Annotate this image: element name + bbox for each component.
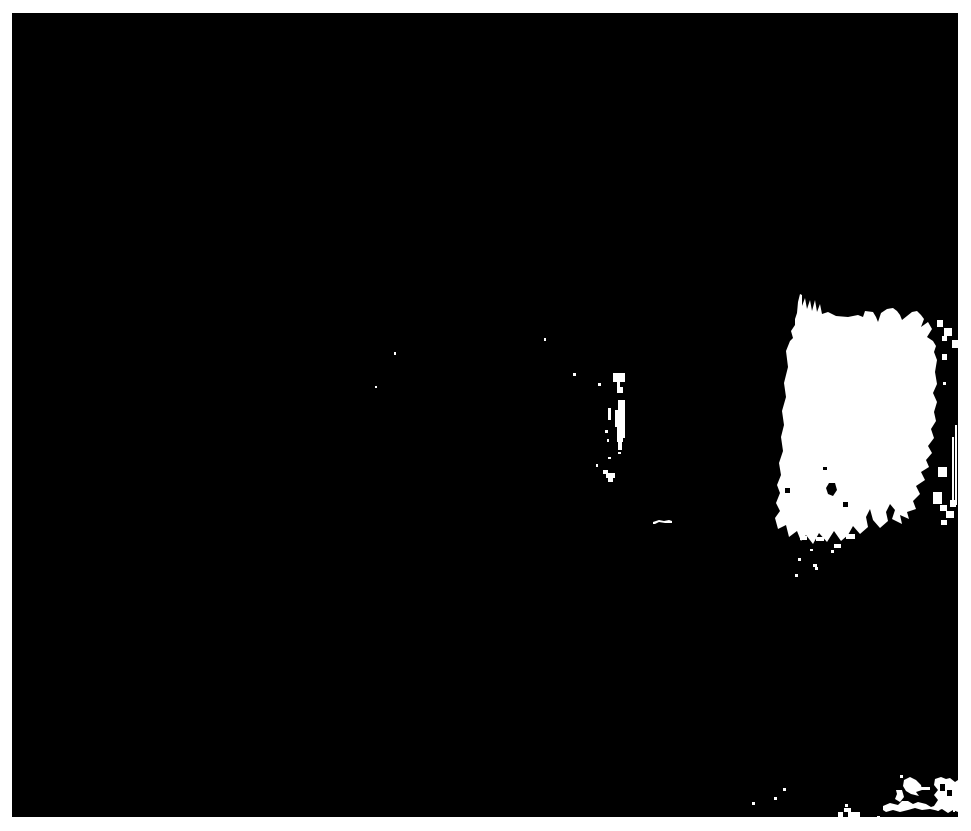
- strip-dot-2: [607, 439, 609, 442]
- corner-left-piece-3: [877, 816, 880, 818]
- fringe-blob-4: [846, 534, 855, 539]
- corner-vline: [953, 788, 955, 812]
- speck-center-2: [375, 386, 377, 388]
- corner-cluster-hole-1: [940, 784, 945, 791]
- right-satellite-10: [946, 511, 954, 518]
- fringe-blob-3: [834, 544, 841, 548]
- bright-region-hole-3: [843, 502, 848, 507]
- strip-dot-5: [596, 464, 598, 467]
- right-satellite-5: [942, 354, 947, 360]
- right-vline-2: [955, 425, 957, 505]
- corner-dot-3: [774, 797, 777, 800]
- strip-dot-3: [618, 452, 621, 454]
- fringe-dot-5: [798, 558, 801, 561]
- right-satellite-8: [933, 492, 942, 504]
- corner-left-piece-4: [838, 812, 843, 817]
- strip-dot-4: [608, 457, 611, 459]
- speck-center-4: [573, 373, 576, 376]
- speck-center-3: [544, 338, 546, 341]
- right-satellite-1: [937, 320, 943, 327]
- corner-blob-tail: [920, 787, 930, 790]
- strip-dot-1: [605, 430, 608, 433]
- corner-dot-4: [752, 802, 755, 805]
- highlight-strip-bar: [608, 408, 611, 420]
- bright-region-main: [775, 294, 937, 544]
- binary-image-svg: [0, 0, 971, 831]
- right-satellite-6: [943, 382, 946, 385]
- corner-cluster-hole-2: [947, 790, 952, 796]
- right-satellite-12: [950, 500, 956, 507]
- bright-region-hole-4: [823, 467, 827, 470]
- page: [0, 0, 971, 831]
- right-satellite-7: [938, 467, 947, 477]
- fringe-dot-2: [831, 550, 834, 553]
- strip-cluster-3: [608, 478, 613, 482]
- speck-center-5: [598, 383, 601, 386]
- fringe-blob-2: [816, 537, 824, 541]
- right-satellite-3: [952, 340, 958, 348]
- right-satellite-9: [940, 505, 947, 511]
- right-vline-1: [952, 437, 954, 500]
- bright-region-hole-2: [785, 488, 790, 493]
- speck-center-1: [394, 352, 396, 355]
- corner-left-piece-1: [844, 808, 851, 812]
- strip-cluster-2: [606, 473, 615, 478]
- fringe-dot-1: [810, 549, 813, 551]
- right-satellite-2: [944, 328, 952, 336]
- corner-left-piece-2: [848, 812, 860, 817]
- corner-dot-1: [900, 775, 903, 778]
- corner-dot-2: [783, 788, 786, 791]
- corner-left-piece-5: [845, 804, 848, 807]
- fringe-dot-6: [813, 564, 817, 567]
- fringe-dot-3: [815, 567, 818, 570]
- fringe-dot-4: [795, 574, 798, 577]
- figure-frame: [0, 0, 971, 831]
- right-satellite-11: [941, 520, 947, 525]
- right-satellite-4: [942, 336, 947, 341]
- fringe-blob-1: [800, 536, 807, 540]
